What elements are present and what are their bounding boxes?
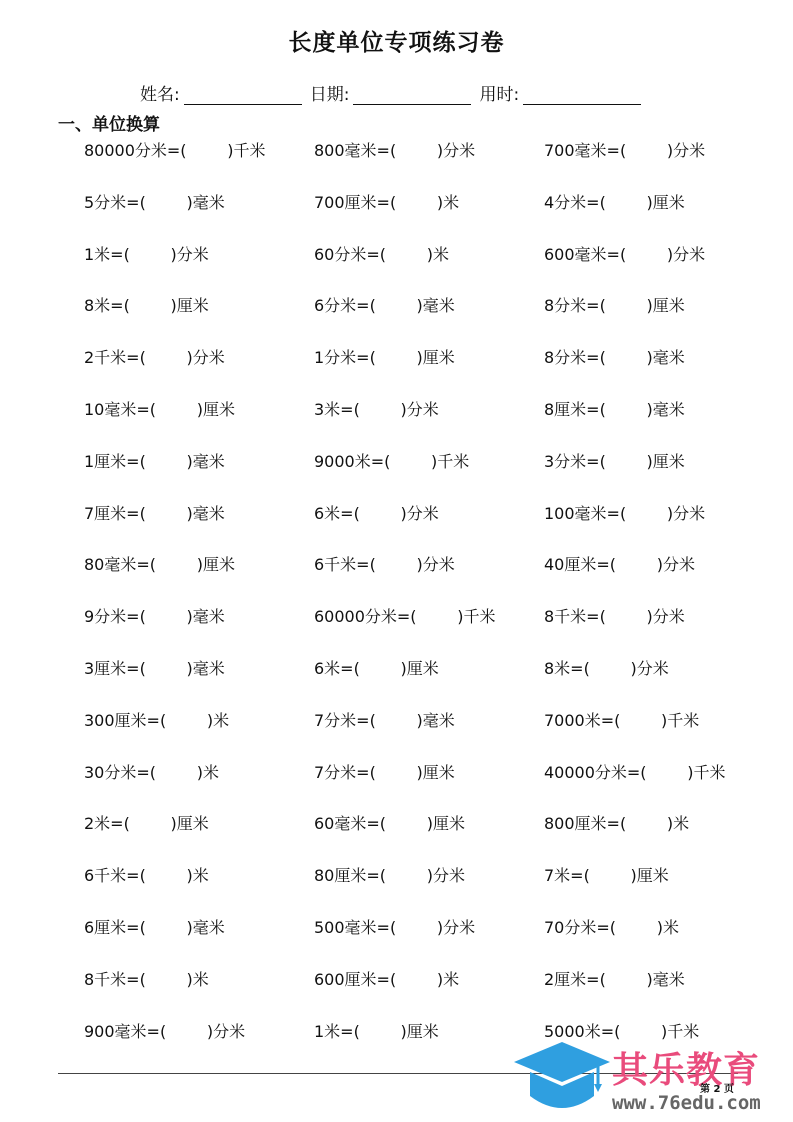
exercise-item[interactable]: 5分米=( )毫米 bbox=[84, 190, 225, 213]
exercise-item[interactable]: 1米=( )分米 bbox=[84, 242, 209, 265]
exercise-item[interactable]: 80000分米=( )千米 bbox=[84, 138, 265, 161]
exercise-row: 6千米=( )米80厘米=( )分米7米=( )厘米 bbox=[84, 863, 784, 887]
exercise-item[interactable]: 8千米=( )分米 bbox=[544, 604, 685, 627]
student-info-row: 姓名: 日期: 用时: bbox=[140, 80, 649, 105]
name-blank[interactable] bbox=[184, 88, 302, 105]
exercise-item[interactable]: 8千米=( )米 bbox=[84, 967, 209, 990]
exercise-row: 10毫米=( )厘米3米=( )分米8厘米=( )毫米 bbox=[84, 397, 784, 421]
exercise-item[interactable]: 6米=( )厘米 bbox=[314, 656, 439, 679]
exercise-item[interactable]: 3厘米=( )毫米 bbox=[84, 656, 225, 679]
exercise-row: 80000分米=( )千米800毫米=( )分米700毫米=( )分米 bbox=[84, 138, 784, 162]
exercise-row: 5分米=( )毫米700厘米=( )米4分米=( )厘米 bbox=[84, 190, 784, 214]
exercise-row: 300厘米=( )米7分米=( )毫米7000米=( )千米 bbox=[84, 708, 784, 732]
exercise-item[interactable]: 3米=( )分米 bbox=[314, 397, 439, 420]
brand-url[interactable]: www.76edu.com bbox=[612, 1092, 761, 1114]
exercise-row: 3厘米=( )毫米6米=( )厘米8米=( )分米 bbox=[84, 656, 784, 680]
exercise-item[interactable]: 8米=( )分米 bbox=[544, 656, 669, 679]
exercise-item[interactable]: 8厘米=( )毫米 bbox=[544, 397, 685, 420]
exercise-item[interactable]: 800毫米=( )分米 bbox=[314, 138, 475, 161]
exercise-item[interactable]: 2千米=( )分米 bbox=[84, 345, 225, 368]
exercise-row: 6厘米=( )毫米500毫米=( )分米70分米=( )米 bbox=[84, 915, 784, 939]
date-blank[interactable] bbox=[353, 88, 471, 105]
exercise-item[interactable]: 1厘米=( )毫米 bbox=[84, 449, 225, 472]
time-blank[interactable] bbox=[523, 88, 641, 105]
exercise-item[interactable]: 9000米=( )千米 bbox=[314, 449, 469, 472]
exercise-item[interactable]: 10毫米=( )厘米 bbox=[84, 397, 235, 420]
date-label: 日期: bbox=[310, 80, 350, 105]
exercise-item[interactable]: 8分米=( )毫米 bbox=[544, 345, 685, 368]
exercise-item[interactable]: 300厘米=( )米 bbox=[84, 708, 229, 731]
page-title: 长度单位专项练习卷 bbox=[0, 24, 793, 57]
exercise-item[interactable]: 80毫米=( )厘米 bbox=[84, 552, 235, 575]
exercise-item[interactable]: 700毫米=( )分米 bbox=[544, 138, 705, 161]
exercise-item[interactable]: 2米=( )厘米 bbox=[84, 811, 209, 834]
exercise-item[interactable]: 60毫米=( )厘米 bbox=[314, 811, 465, 834]
exercise-item[interactable]: 100毫米=( )分米 bbox=[544, 501, 705, 524]
exercise-item[interactable]: 3分米=( )厘米 bbox=[544, 449, 685, 472]
exercise-item[interactable]: 9分米=( )毫米 bbox=[84, 604, 225, 627]
exercise-row: 900毫米=( )分米1米=( )厘米5000米=( )千米 bbox=[84, 1019, 784, 1043]
exercise-item[interactable]: 7000米=( )千米 bbox=[544, 708, 699, 731]
brand-name: 其乐教育 bbox=[612, 1042, 760, 1093]
exercise-item[interactable]: 8米=( )厘米 bbox=[84, 293, 209, 316]
graduation-cap-icon bbox=[512, 1040, 612, 1116]
page-number: 第 2 页 bbox=[700, 1080, 734, 1095]
exercise-row: 2米=( )厘米60毫米=( )厘米800厘米=( )米 bbox=[84, 811, 784, 835]
exercise-row: 8千米=( )米600厘米=( )米2厘米=( )毫米 bbox=[84, 967, 784, 991]
time-label: 用时: bbox=[479, 80, 519, 105]
exercise-row: 80毫米=( )厘米6千米=( )分米40厘米=( )分米 bbox=[84, 552, 784, 576]
exercise-item[interactable]: 6千米=( )米 bbox=[84, 863, 209, 886]
exercise-item[interactable]: 7厘米=( )毫米 bbox=[84, 501, 225, 524]
exercise-item[interactable]: 6米=( )分米 bbox=[314, 501, 439, 524]
exercise-item[interactable]: 80厘米=( )分米 bbox=[314, 863, 465, 886]
section-heading: 一、单位换算 bbox=[58, 110, 160, 135]
exercise-item[interactable]: 30分米=( )米 bbox=[84, 760, 219, 783]
exercise-row: 9分米=( )毫米60000分米=( )千米8千米=( )分米 bbox=[84, 604, 784, 628]
exercise-item[interactable]: 7分米=( )毫米 bbox=[314, 708, 455, 731]
exercise-item[interactable]: 40000分米=( )千米 bbox=[544, 760, 725, 783]
exercise-item[interactable]: 8分米=( )厘米 bbox=[544, 293, 685, 316]
exercise-item[interactable]: 6分米=( )毫米 bbox=[314, 293, 455, 316]
exercise-item[interactable]: 700厘米=( )米 bbox=[314, 190, 459, 213]
exercise-item[interactable]: 600厘米=( )米 bbox=[314, 967, 459, 990]
exercise-row: 2千米=( )分米1分米=( )厘米8分米=( )毫米 bbox=[84, 345, 784, 369]
exercise-item[interactable]: 500毫米=( )分米 bbox=[314, 915, 475, 938]
exercise-item[interactable]: 70分米=( )米 bbox=[544, 915, 679, 938]
exercise-item[interactable]: 60分米=( )米 bbox=[314, 242, 449, 265]
exercise-item[interactable]: 60000分米=( )千米 bbox=[314, 604, 495, 627]
exercise-item[interactable]: 800厘米=( )米 bbox=[544, 811, 689, 834]
name-label: 姓名: bbox=[140, 80, 180, 105]
exercise-row: 8米=( )厘米6分米=( )毫米8分米=( )厘米 bbox=[84, 293, 784, 317]
exercise-row: 7厘米=( )毫米6米=( )分米100毫米=( )分米 bbox=[84, 501, 784, 525]
exercise-row: 1厘米=( )毫米9000米=( )千米3分米=( )厘米 bbox=[84, 449, 784, 473]
exercise-item[interactable]: 6千米=( )分米 bbox=[314, 552, 455, 575]
exercise-item[interactable]: 4分米=( )厘米 bbox=[544, 190, 685, 213]
exercise-item[interactable]: 600毫米=( )分米 bbox=[544, 242, 705, 265]
exercise-item[interactable]: 1分米=( )厘米 bbox=[314, 345, 455, 368]
exercise-item[interactable]: 900毫米=( )分米 bbox=[84, 1019, 245, 1042]
exercise-item[interactable]: 2厘米=( )毫米 bbox=[544, 967, 685, 990]
exercise-item[interactable]: 5000米=( )千米 bbox=[544, 1019, 699, 1042]
exercise-item[interactable]: 40厘米=( )分米 bbox=[544, 552, 695, 575]
exercise-row: 30分米=( )米7分米=( )厘米40000分米=( )千米 bbox=[84, 760, 784, 784]
exercise-item[interactable]: 7分米=( )厘米 bbox=[314, 760, 455, 783]
exercise-item[interactable]: 1米=( )厘米 bbox=[314, 1019, 439, 1042]
exercise-item[interactable]: 7米=( )厘米 bbox=[544, 863, 669, 886]
exercise-row: 1米=( )分米60分米=( )米600毫米=( )分米 bbox=[84, 242, 784, 266]
exercise-item[interactable]: 6厘米=( )毫米 bbox=[84, 915, 225, 938]
